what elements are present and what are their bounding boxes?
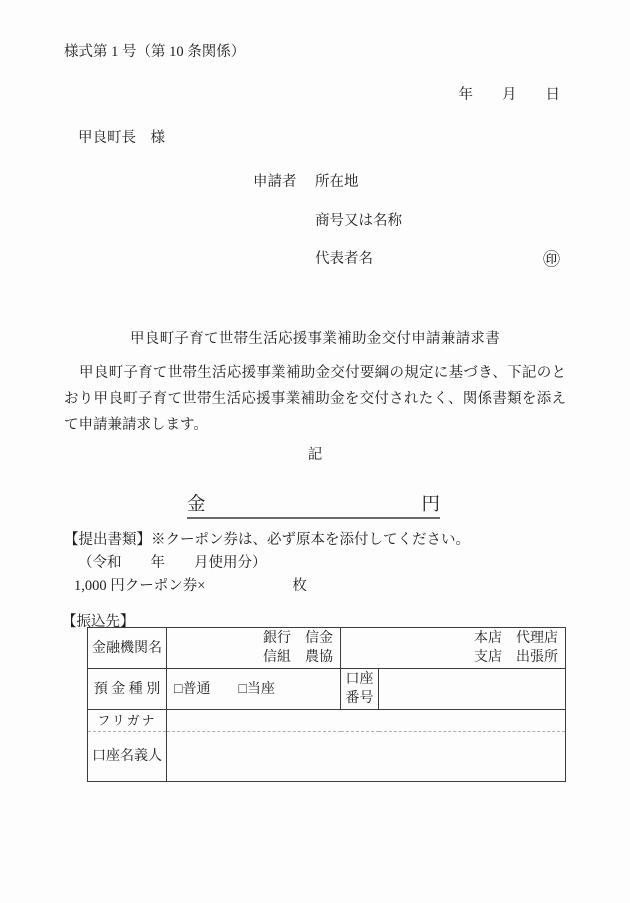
form-number: 様式第 1 号（第 10 条関係） — [64, 40, 245, 61]
body-paragraph: 甲良町子育て世帯生活応援事業補助金交付要綱の規定に基づき、下記のとおり甲良町子育… — [64, 360, 566, 438]
financial-institution-label: 金融機関名 — [88, 628, 167, 669]
table-row: 金融機関名 銀行 信金 信組 農協 本店 代理店 支店 出張所 — [88, 628, 566, 669]
bank-type-options-line2: 信組 農協 — [174, 648, 333, 667]
account-number-label: 口座 番号 — [341, 669, 379, 710]
table-row: 預 金 種 別 □普通 □当座 口座 番号 — [88, 669, 566, 710]
furigana-label: フリガナ — [88, 710, 167, 732]
submission-documents-heading: 【提出書類】※クーポン券は、必ず原本を添付してください。 — [64, 528, 470, 549]
applicant-field-residence: 所在地 — [315, 170, 359, 191]
usage-period-line: （令和 年 月使用分） — [78, 551, 267, 572]
account-number-field[interactable] — [379, 669, 566, 710]
furigana-field[interactable] — [167, 710, 566, 732]
seal-icon: ㊞ — [543, 245, 560, 270]
amount-prefix: 金 — [187, 490, 206, 516]
applicant-label: 申請者 — [253, 170, 297, 191]
table-row: 口座名義人 — [88, 732, 566, 782]
date-line: 年 月 日 — [459, 83, 561, 104]
deposit-checkbox-toza[interactable]: □当座 — [238, 682, 274, 697]
document-page: 様式第 1 号（第 10 条関係） 年 月 日 甲良町長 様 申請者 所在地 商… — [0, 0, 630, 903]
bank-type-options-line1: 銀行 信金 — [174, 629, 333, 648]
account-holder-label: 口座名義人 — [88, 732, 167, 782]
table-row: フリガナ — [88, 710, 566, 732]
deposit-type-options: □普通 □当座 — [167, 669, 341, 710]
addressee: 甲良町長 様 — [78, 126, 165, 147]
amount-suffix: 円 — [421, 490, 440, 516]
deposit-checkbox-futsu[interactable]: □普通 — [174, 682, 210, 697]
document-title: 甲良町子育て世帯生活応援事業補助金交付申請兼請求書 — [0, 327, 630, 348]
transfer-destination-table: 金融機関名 銀行 信金 信組 農協 本店 代理店 支店 出張所 預 金 種 別 … — [87, 627, 566, 782]
branch-name-field[interactable]: 本店 代理店 支店 出張所 — [341, 628, 566, 669]
branch-type-options-line2: 支店 出張所 — [348, 648, 558, 667]
amount-line: 金 円 — [187, 490, 440, 519]
applicant-field-representative: 代表者名 — [315, 247, 373, 268]
deposit-type-label: 預 金 種 別 — [88, 669, 167, 710]
branch-type-options-line1: 本店 代理店 — [348, 629, 558, 648]
ki-marker: 記 — [0, 443, 630, 464]
coupon-count-line: 1,000 円クーポン券× 枚 — [74, 574, 307, 595]
account-holder-field[interactable] — [167, 732, 566, 782]
applicant-field-company-name: 商号又は名称 — [315, 209, 402, 230]
financial-institution-field[interactable]: 銀行 信金 信組 農協 — [167, 628, 341, 669]
